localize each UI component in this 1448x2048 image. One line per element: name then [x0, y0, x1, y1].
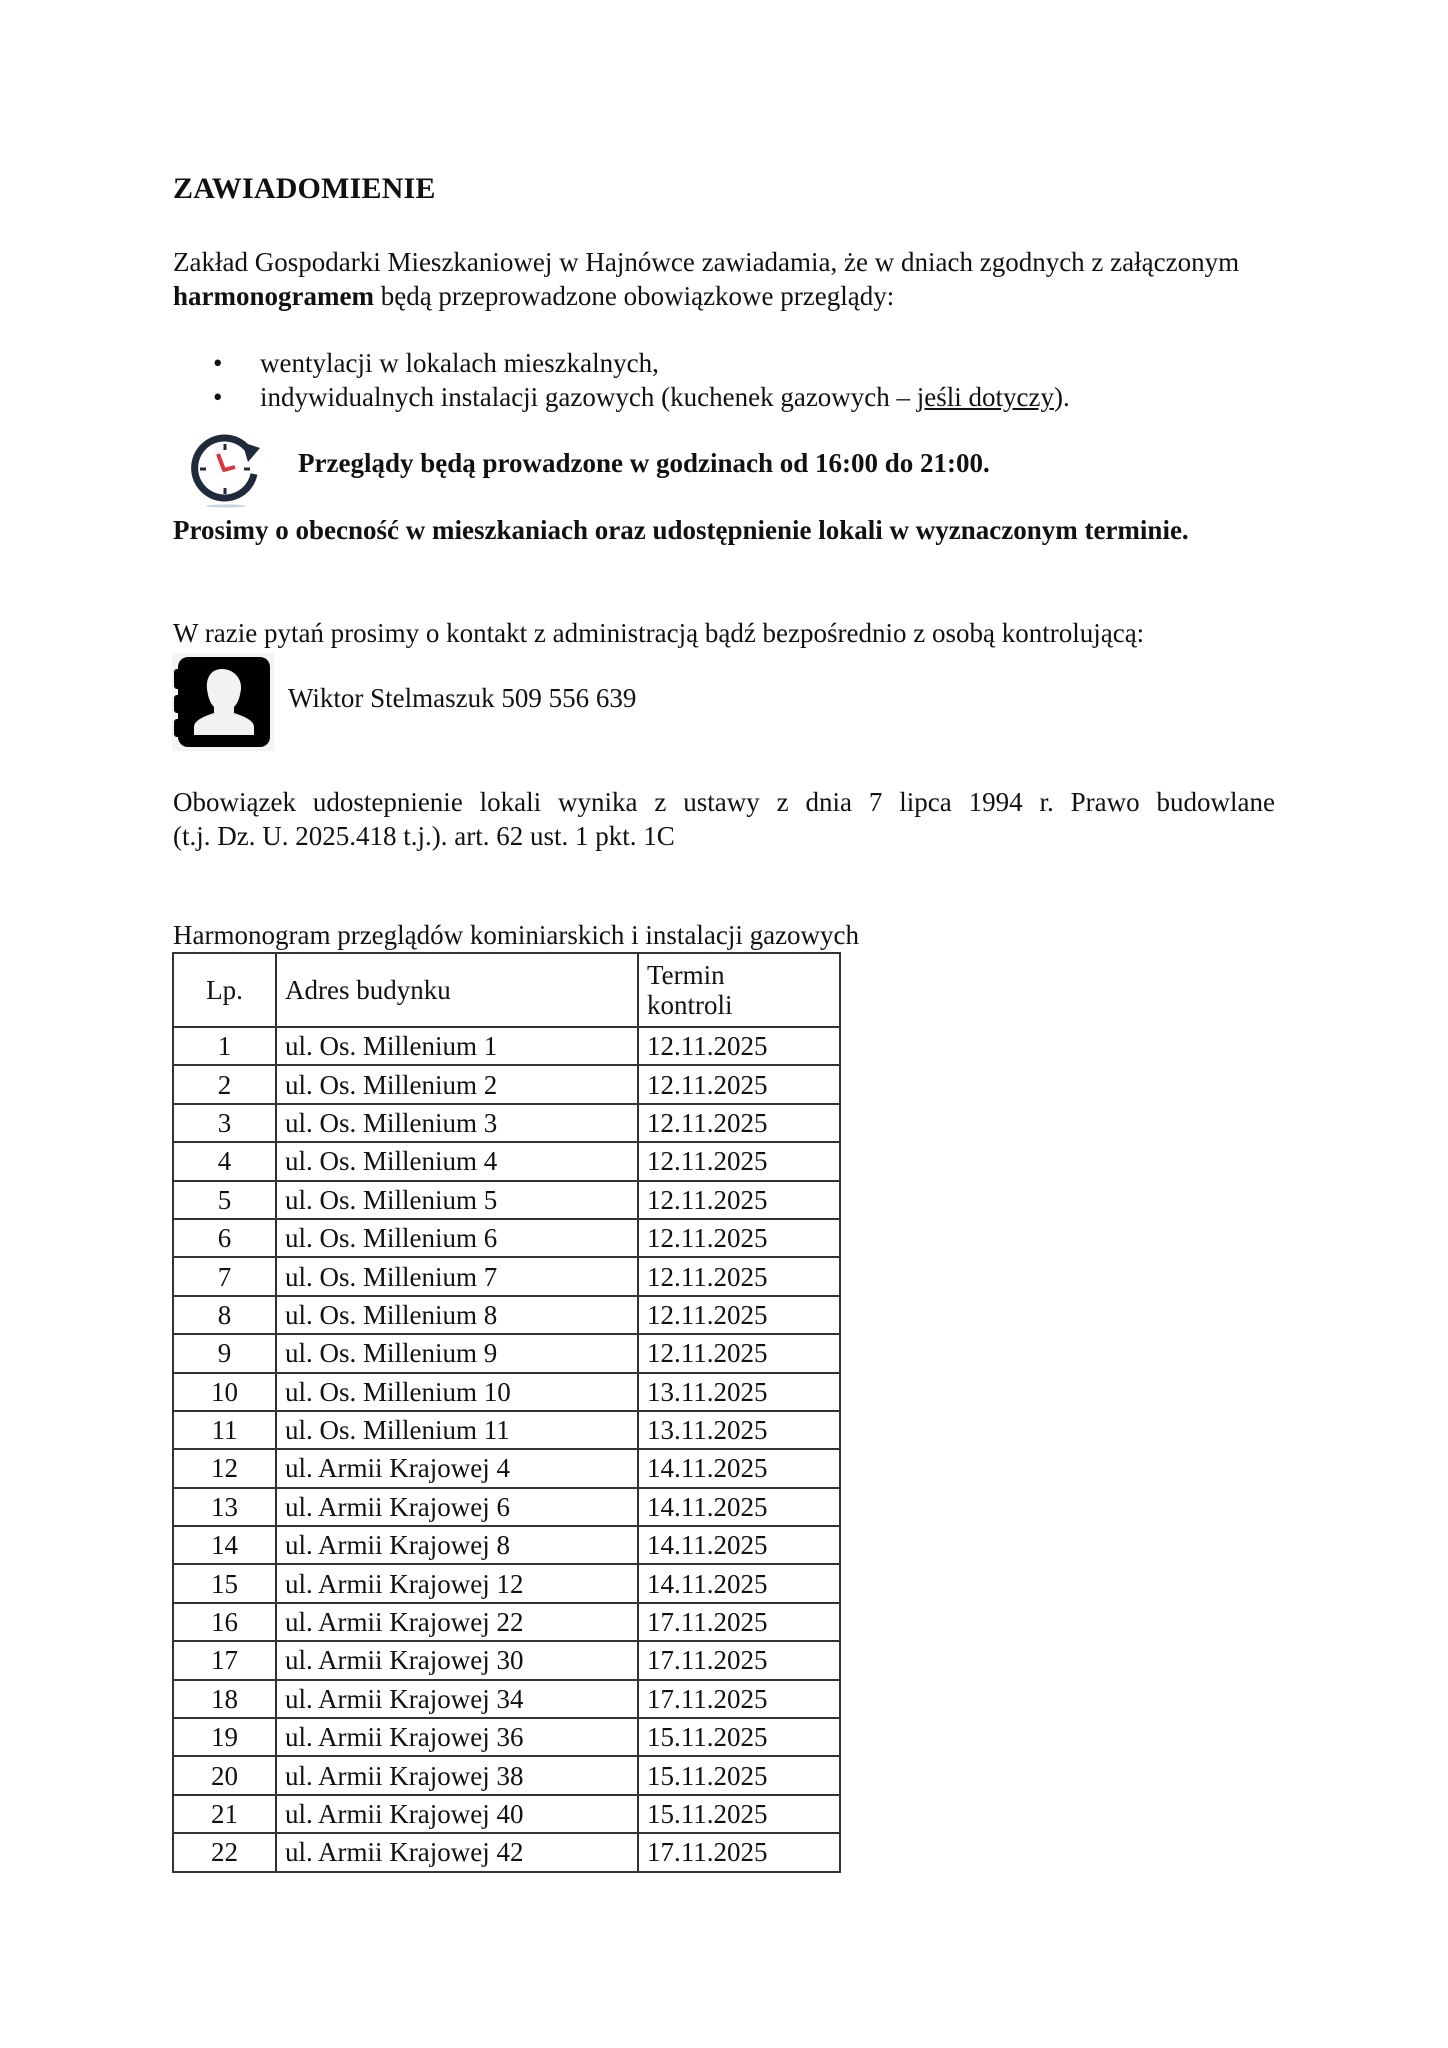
- cell-address: ul. Armii Krajowej 40: [276, 1795, 638, 1833]
- table-row: 22ul. Armii Krajowej 4217.11.2025: [173, 1833, 840, 1871]
- bullet-icon: •: [213, 346, 222, 380]
- cell-date: 14.11.2025: [638, 1526, 840, 1564]
- cell-date: 13.11.2025: [638, 1373, 840, 1411]
- document-title: ZAWIADOMIENIE: [173, 172, 436, 206]
- legal-basis-line-2: (t.j. Dz. U. 2025.418 t.j.). art. 62 ust…: [173, 821, 675, 851]
- cell-address: ul. Os. Millenium 5: [276, 1181, 638, 1219]
- cell-date: 15.11.2025: [638, 1795, 840, 1833]
- intro-text-1: Zakład Gospodarki Mieszkaniowej w Hajnów…: [173, 247, 1239, 277]
- cell-address: ul. Armii Krajowej 38: [276, 1756, 638, 1794]
- list-item-text: indywidualnych instalacji gazowych (kuch…: [260, 382, 917, 412]
- cell-lp: 14: [173, 1526, 276, 1564]
- table-row: 13ul. Armii Krajowej 614.11.2025: [173, 1488, 840, 1526]
- cell-address: ul. Armii Krajowej 30: [276, 1641, 638, 1679]
- table-row: 7ul. Os. Millenium 712.11.2025: [173, 1257, 840, 1295]
- intro-bold-harmonogram: harmonogramem: [173, 281, 374, 311]
- table-row: 1ul. Os. Millenium 112.11.2025: [173, 1027, 840, 1065]
- legal-basis: Obowiązek udostepnienie lokali wynika z …: [173, 785, 1275, 853]
- cell-date: 15.11.2025: [638, 1756, 840, 1794]
- table-row: 19ul. Armii Krajowej 3615.11.2025: [173, 1718, 840, 1756]
- cell-lp: 22: [173, 1833, 276, 1871]
- cell-date: 12.11.2025: [638, 1027, 840, 1065]
- cell-date: 14.11.2025: [638, 1564, 840, 1602]
- cell-date: 12.11.2025: [638, 1296, 840, 1334]
- list-item-text: wentylacji w lokalach mieszkalnych,: [260, 348, 659, 378]
- intro-text-2: będą przeprowadzone obowiązkowe przegląd…: [374, 281, 894, 311]
- cell-lp: 20: [173, 1756, 276, 1794]
- cell-date: 17.11.2025: [638, 1641, 840, 1679]
- clock-refresh-icon: [188, 430, 264, 508]
- cell-date: 12.11.2025: [638, 1334, 840, 1372]
- cell-lp: 9: [173, 1334, 276, 1372]
- header-date: Terminkontroli: [638, 953, 840, 1027]
- header-date-line-1: Termin: [647, 960, 725, 990]
- contact-intro: W razie pytań prosimy o kontakt z admini…: [173, 618, 1144, 649]
- cell-lp: 8: [173, 1296, 276, 1334]
- cell-address: ul. Os. Millenium 2: [276, 1065, 638, 1103]
- cell-address: ul. Os. Millenium 11: [276, 1411, 638, 1449]
- table-row: 4ul. Os. Millenium 412.11.2025: [173, 1142, 840, 1180]
- cell-address: ul. Os. Millenium 8: [276, 1296, 638, 1334]
- bullet-icon: •: [213, 380, 222, 414]
- cell-lp: 10: [173, 1373, 276, 1411]
- cell-address: ul. Armii Krajowej 6: [276, 1488, 638, 1526]
- cell-lp: 2: [173, 1065, 276, 1103]
- cell-date: 12.11.2025: [638, 1142, 840, 1180]
- table-row: 15ul. Armii Krajowej 1214.11.2025: [173, 1564, 840, 1602]
- table-row: 2ul. Os. Millenium 212.11.2025: [173, 1065, 840, 1103]
- cell-date: 17.11.2025: [638, 1680, 840, 1718]
- inspection-list: •wentylacji w lokalach mieszkalnych, •in…: [210, 346, 1070, 414]
- cell-address: ul. Os. Millenium 1: [276, 1027, 638, 1065]
- contact-book-icon: [172, 653, 274, 751]
- cell-lp: 6: [173, 1219, 276, 1257]
- cell-address: ul. Armii Krajowej 12: [276, 1564, 638, 1602]
- cell-lp: 1: [173, 1027, 276, 1065]
- table-row: 5ul. Os. Millenium 512.11.2025: [173, 1181, 840, 1219]
- table-row: 12ul. Armii Krajowej 414.11.2025: [173, 1449, 840, 1487]
- table-row: 20ul. Armii Krajowej 3815.11.2025: [173, 1756, 840, 1794]
- table-row: 6ul. Os. Millenium 612.11.2025: [173, 1219, 840, 1257]
- presence-request: Prosimy o obecność w mieszkaniach oraz u…: [173, 515, 1189, 546]
- cell-address: ul. Armii Krajowej 42: [276, 1833, 638, 1871]
- table-header-row: Lp. Adres budynku Terminkontroli: [173, 953, 840, 1027]
- cell-address: ul. Os. Millenium 9: [276, 1334, 638, 1372]
- cell-date: 12.11.2025: [638, 1257, 840, 1295]
- cell-lp: 15: [173, 1564, 276, 1602]
- if-applicable-note: jeśli dotyczy: [917, 382, 1054, 412]
- list-item-suffix: ).: [1054, 382, 1070, 412]
- table-row: 11ul. Os. Millenium 1113.11.2025: [173, 1411, 840, 1449]
- cell-lp: 5: [173, 1181, 276, 1219]
- cell-lp: 21: [173, 1795, 276, 1833]
- cell-address: ul. Armii Krajowej 8: [276, 1526, 638, 1564]
- cell-lp: 4: [173, 1142, 276, 1180]
- cell-date: 13.11.2025: [638, 1411, 840, 1449]
- table-row: 16ul. Armii Krajowej 2217.11.2025: [173, 1603, 840, 1641]
- cell-lp: 16: [173, 1603, 276, 1641]
- cell-address: ul. Os. Millenium 6: [276, 1219, 638, 1257]
- cell-lp: 3: [173, 1104, 276, 1142]
- cell-address: ul. Os. Millenium 7: [276, 1257, 638, 1295]
- cell-lp: 12: [173, 1449, 276, 1487]
- cell-lp: 19: [173, 1718, 276, 1756]
- table-row: 21ul. Armii Krajowej 4015.11.2025: [173, 1795, 840, 1833]
- table-row: 9ul. Os. Millenium 912.11.2025: [173, 1334, 840, 1372]
- cell-address: ul. Armii Krajowej 22: [276, 1603, 638, 1641]
- cell-date: 15.11.2025: [638, 1718, 840, 1756]
- cell-lp: 11: [173, 1411, 276, 1449]
- cell-lp: 17: [173, 1641, 276, 1679]
- cell-lp: 18: [173, 1680, 276, 1718]
- cell-address: ul. Armii Krajowej 4: [276, 1449, 638, 1487]
- schedule-table: Lp. Adres budynku Terminkontroli 1ul. Os…: [172, 952, 841, 1873]
- list-item-ventilation: •wentylacji w lokalach mieszkalnych,: [210, 346, 1070, 380]
- header-address: Adres budynku: [276, 953, 638, 1027]
- cell-date: 12.11.2025: [638, 1104, 840, 1142]
- cell-date: 12.11.2025: [638, 1219, 840, 1257]
- cell-address: ul. Os. Millenium 3: [276, 1104, 638, 1142]
- table-row: 17ul. Armii Krajowej 3017.11.2025: [173, 1641, 840, 1679]
- table-row: 10ul. Os. Millenium 1013.11.2025: [173, 1373, 840, 1411]
- cell-date: 17.11.2025: [638, 1603, 840, 1641]
- header-lp: Lp.: [173, 953, 276, 1027]
- cell-address: ul. Armii Krajowej 36: [276, 1718, 638, 1756]
- table-row: 3ul. Os. Millenium 312.11.2025: [173, 1104, 840, 1142]
- header-date-line-2: kontroli: [647, 990, 733, 1020]
- cell-address: ul. Os. Millenium 10: [276, 1373, 638, 1411]
- cell-date: 14.11.2025: [638, 1449, 840, 1487]
- intro-paragraph: Zakład Gospodarki Mieszkaniowej w Hajnów…: [173, 245, 1293, 313]
- hours-notice: Przeglądy będą prowadzone w godzinach od…: [298, 448, 990, 479]
- schedule-caption: Harmonogram przeglądów kominiarskich i i…: [173, 920, 859, 951]
- cell-address: ul. Armii Krajowej 34: [276, 1680, 638, 1718]
- table-row: 18ul. Armii Krajowej 3417.11.2025: [173, 1680, 840, 1718]
- cell-date: 12.11.2025: [638, 1181, 840, 1219]
- cell-address: ul. Os. Millenium 4: [276, 1142, 638, 1180]
- schedule-body: 1ul. Os. Millenium 112.11.20252ul. Os. M…: [173, 1027, 840, 1872]
- cell-lp: 13: [173, 1488, 276, 1526]
- list-item-gas: •indywidualnych instalacji gazowych (kuc…: [210, 380, 1070, 414]
- legal-basis-line-1: Obowiązek udostepnienie lokali wynika z …: [173, 785, 1275, 819]
- cell-lp: 7: [173, 1257, 276, 1295]
- table-row: 14ul. Armii Krajowej 814.11.2025: [173, 1526, 840, 1564]
- contact-person: Wiktor Stelmaszuk 509 556 639: [288, 683, 636, 714]
- cell-date: 14.11.2025: [638, 1488, 840, 1526]
- cell-date: 12.11.2025: [638, 1065, 840, 1103]
- table-row: 8ul. Os. Millenium 812.11.2025: [173, 1296, 840, 1334]
- cell-date: 17.11.2025: [638, 1833, 840, 1871]
